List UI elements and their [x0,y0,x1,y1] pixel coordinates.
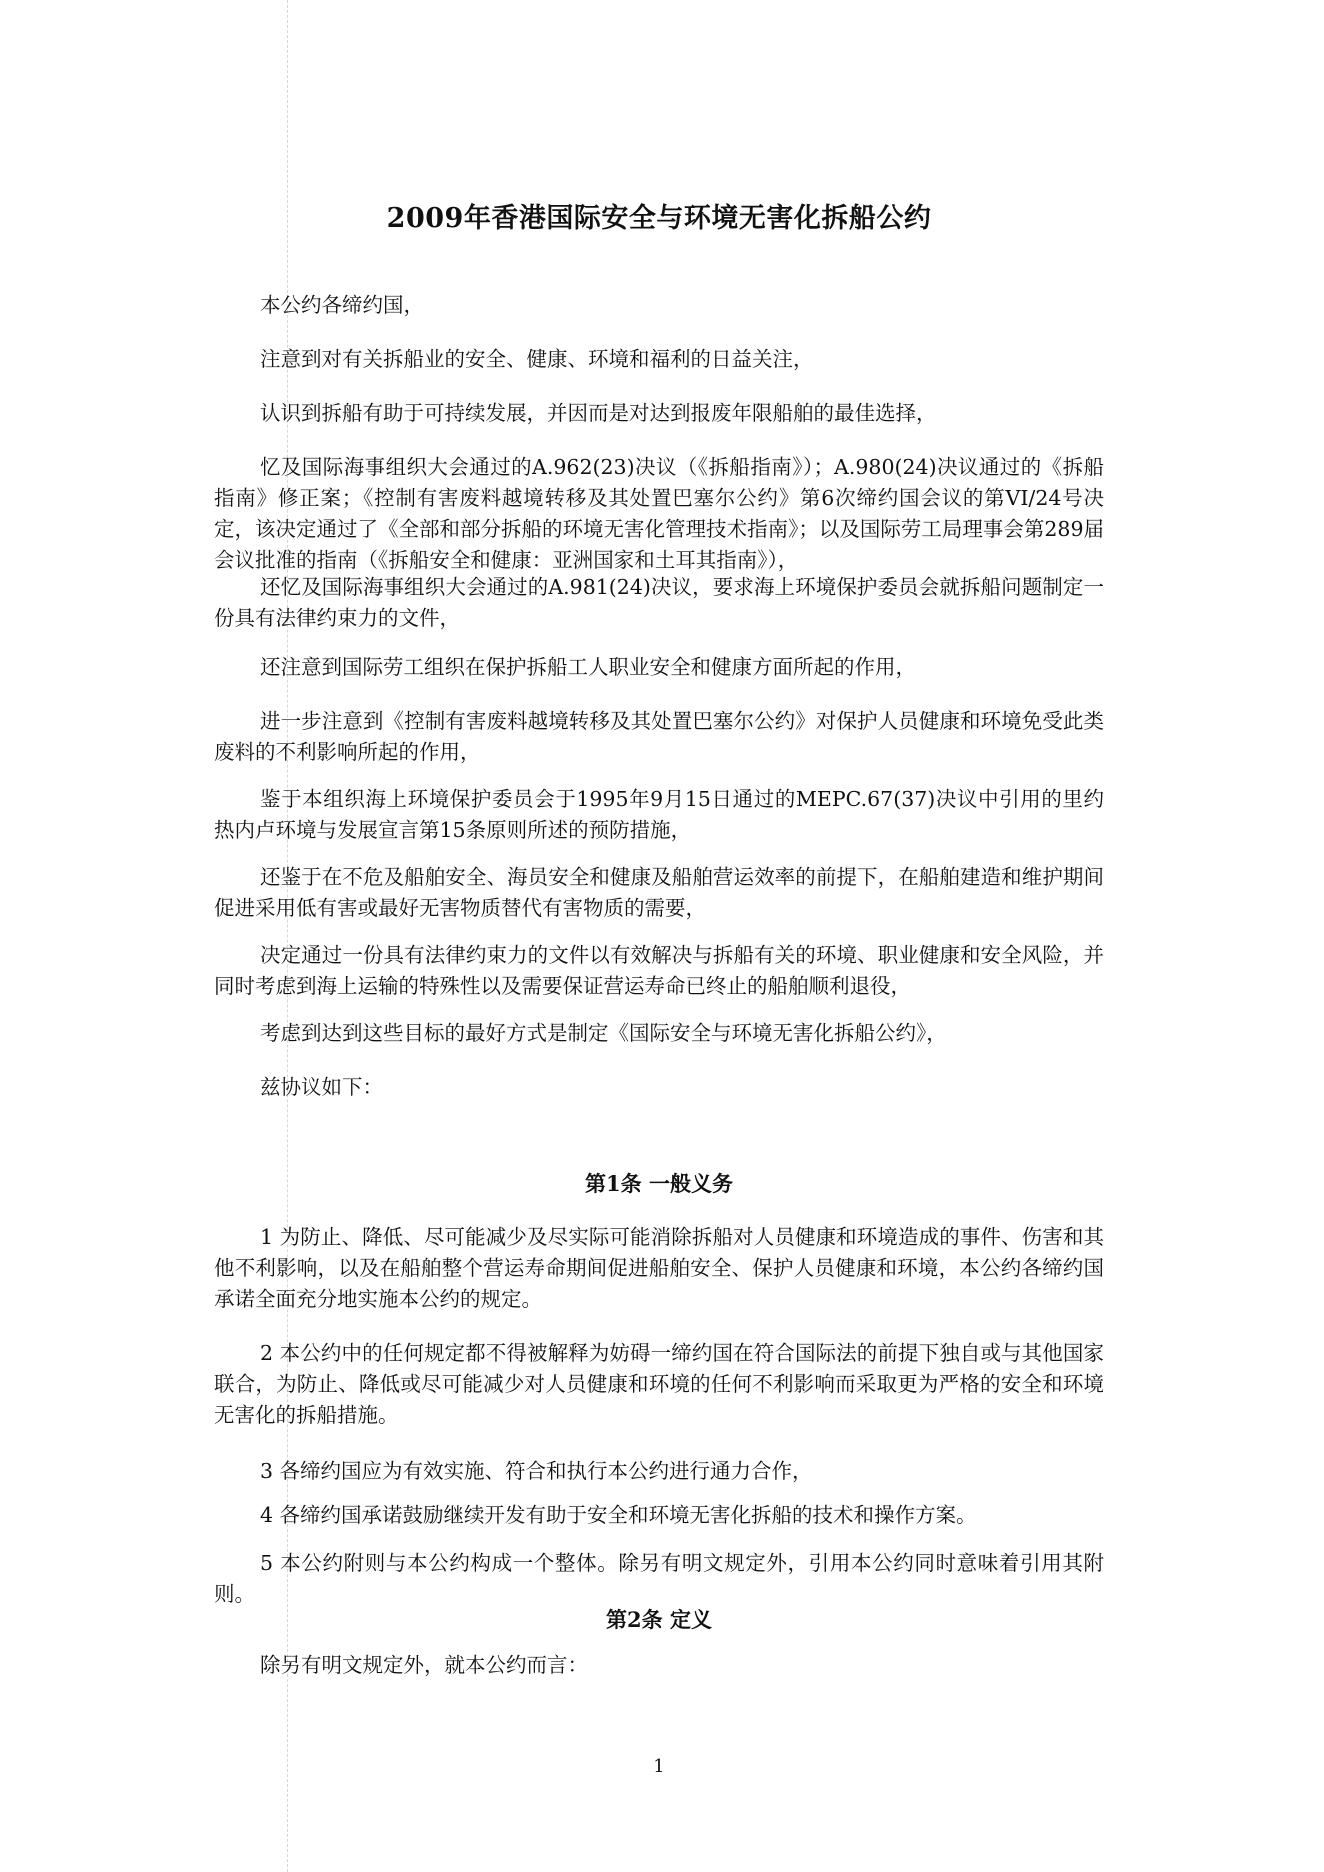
article-2-paragraph: 除另有明文规定外，就本公约而言： [214,1650,1104,1681]
preamble-paragraph: 还鉴于在不危及船舶安全、海员安全和健康及船舶营运效率的前提下，在船舶建造和维护期… [214,862,1104,924]
preamble-paragraph: 决定通过一份具有法律约束力的文件以有效解决与拆船有关的环境、职业健康和安全风险，… [214,940,1104,1002]
preamble-paragraph: 注意到对有关拆船业的安全、健康、环境和福利的日益关注， [214,344,1104,375]
preamble-paragraph: 忆及国际海事组织大会通过的A.962(23)决议（《拆船指南》）；A.980(2… [214,452,1104,576]
page-number: 1 [214,1756,1104,1777]
preamble-paragraph: 兹协议如下： [214,1072,1104,1103]
article-1-heading: 第1条 一般义务 [214,1168,1104,1198]
preamble-paragraph: 鉴于本组织海上环境保护委员会于1995年9月15日通过的MEPC.67(37)决… [214,784,1104,846]
preamble-paragraph: 进一步注意到《控制有害废料越境转移及其处置巴塞尔公约》对保护人员健康和环境免受此… [214,706,1104,768]
article-1-paragraph: 1 为防止、降低、尽可能减少及尽实际可能消除拆船对人员健康和环境造成的事件、伤害… [214,1222,1104,1315]
preamble-paragraph: 认识到拆船有助于可持续发展，并因而是对达到报废年限船舶的最佳选择， [214,398,1104,429]
article-1-paragraph: 3 各缔约国应为有效实施、符合和执行本公约进行通力合作， [214,1456,1104,1487]
article-1-paragraph: 2 本公约中的任何规定都不得被解释为妨碍一缔约国在符合国际法的前提下独自或与其他… [214,1338,1104,1431]
preamble-paragraph: 还注意到国际劳工组织在保护拆船工人职业安全和健康方面所起的作用， [214,652,1104,683]
article-1-paragraph: 4 各缔约国承诺鼓励继续开发有助于安全和环境无害化拆船的技术和操作方案。 [214,1500,1104,1531]
article-2-heading: 第2条 定义 [214,1604,1104,1634]
article-1-paragraph: 5 本公约附则与本公约构成一个整体。除另有明文规定外，引用本公约同时意味着引用其… [214,1548,1104,1610]
preamble-paragraph: 还忆及国际海事组织大会通过的A.981(24)决议，要求海上环境保护委员会就拆船… [214,572,1104,634]
document-title: 2009年香港国际安全与环境无害化拆船公约 [214,196,1104,235]
preamble-paragraph: 本公约各缔约国， [214,290,1104,321]
preamble-paragraph: 考虑到达到这些目标的最好方式是制定《国际安全与环境无害化拆船公约》， [214,1018,1104,1049]
